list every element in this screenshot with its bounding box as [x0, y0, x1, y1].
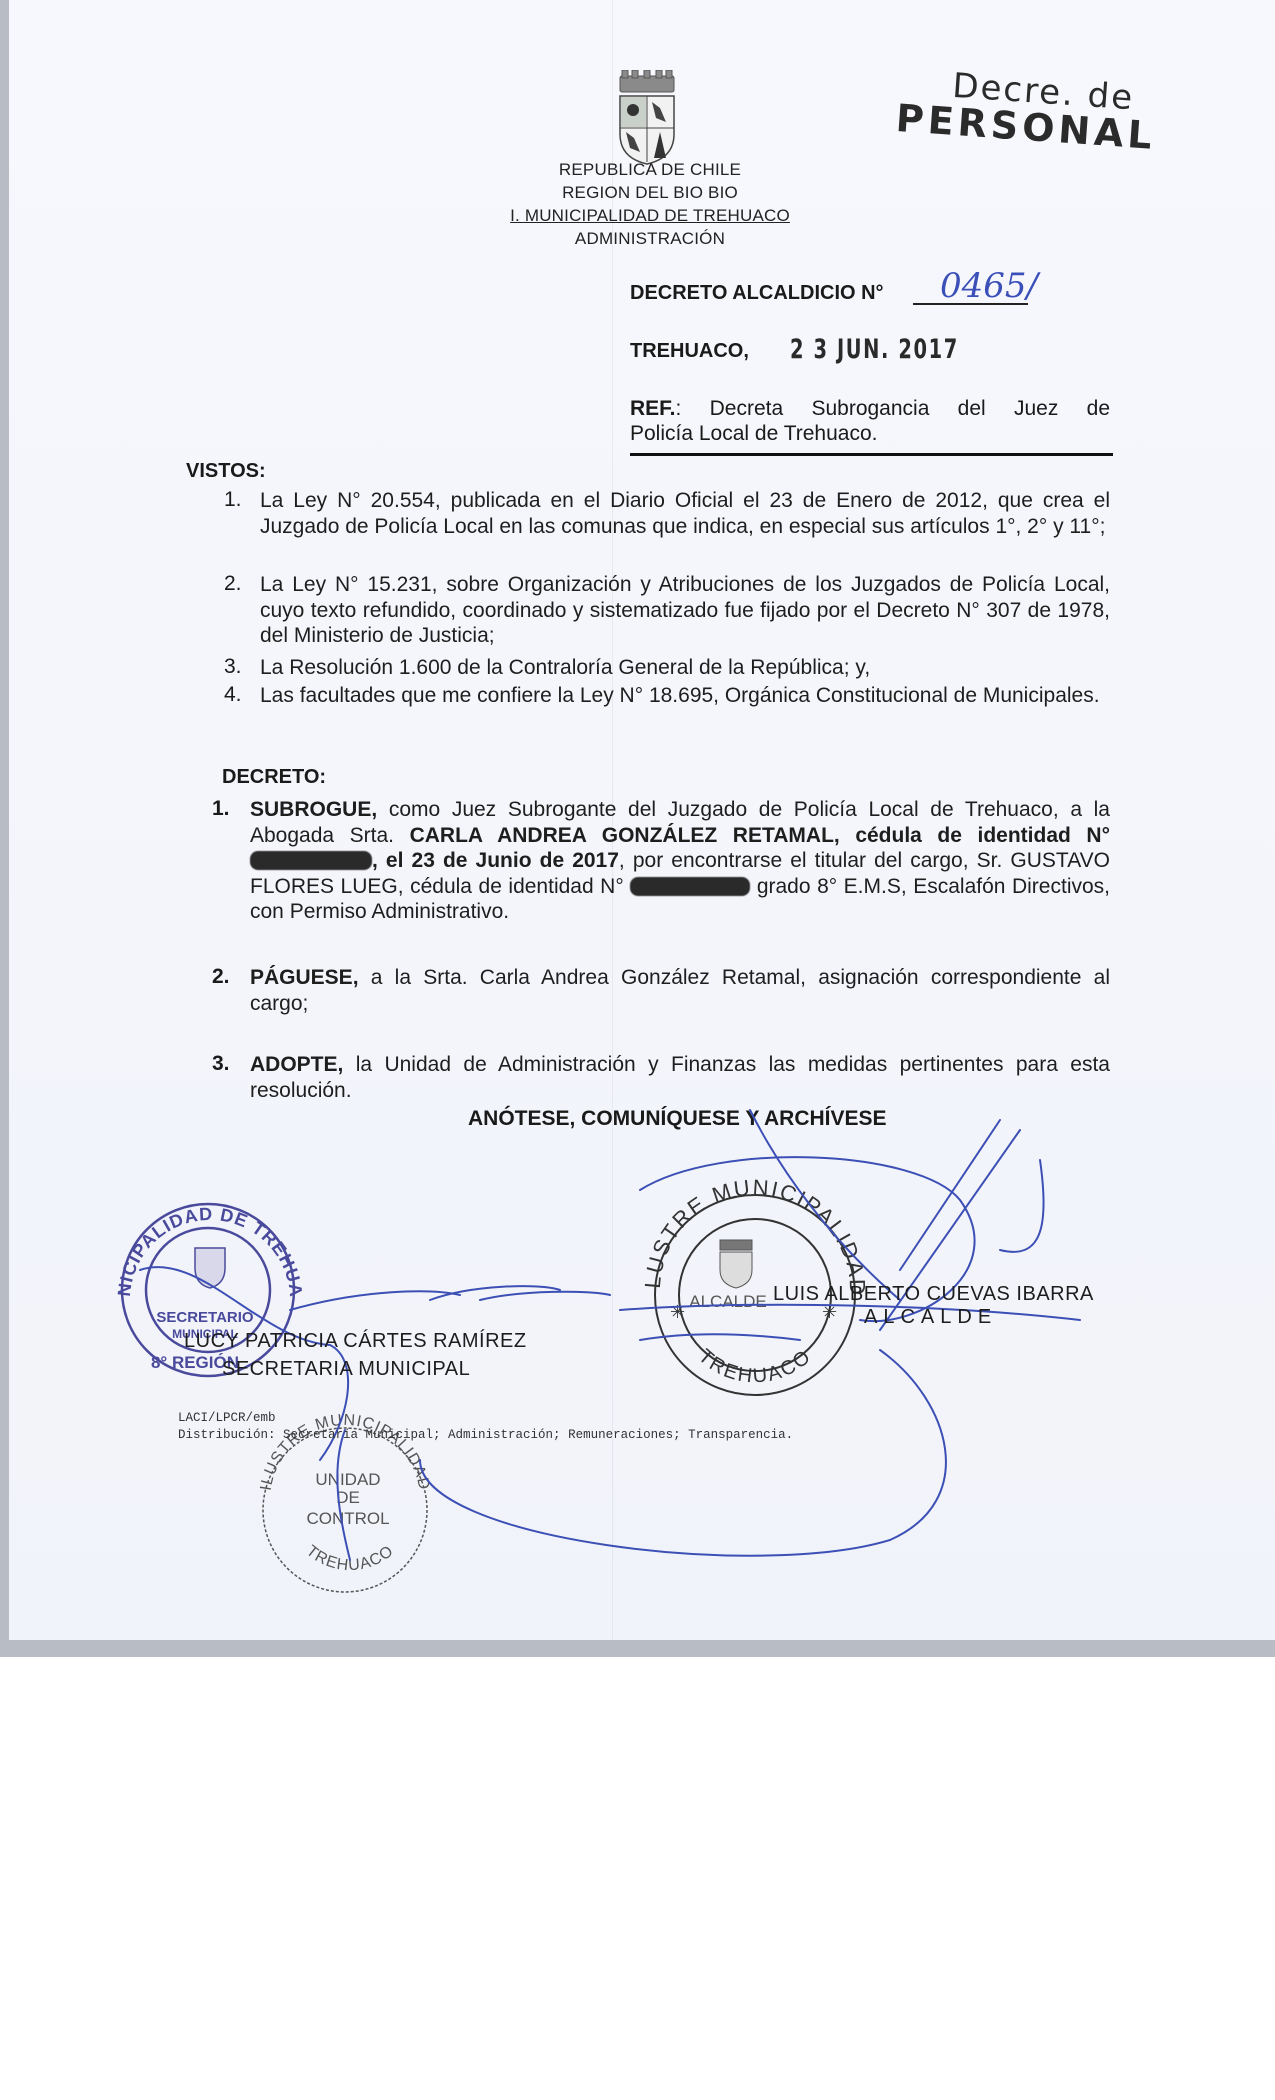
verb-adopte: ADOPTE, [250, 1053, 343, 1076]
vistos-title: VISTOS: [186, 460, 266, 483]
city-label: TREHUACO, [630, 340, 749, 363]
decreto-item-1: SUBROGUE, como Juez Subrogante del Juzga… [250, 797, 1110, 925]
vistos-item-number: 2. [224, 572, 242, 596]
reference-underline [630, 453, 1113, 456]
footer-initials: LACI/LPCR/emb [178, 1411, 276, 1425]
footer-distribution: Distribución: Secretaría Municipal; Admi… [178, 1428, 793, 1442]
mayor-title: ALCALDE [864, 1306, 997, 1329]
secretary-title: SECRETARIA MUNICIPAL [222, 1358, 470, 1381]
item1-date: , el 23 de Junio de 2017 [372, 849, 619, 872]
mayor-name: LUIS ALBERTO CUEVAS IBARRA [773, 1283, 1094, 1306]
decreto-title: DECRETO: [222, 766, 326, 789]
vistos-item-number: 1. [224, 488, 242, 512]
header-municipality: I. MUNICIPALIDAD DE TREHUACO [480, 206, 820, 226]
ref-label: REF. [630, 397, 676, 420]
ref-text-1: : Decreta Subrogancia del Juez de [676, 397, 1110, 420]
item3-text: la Unidad de Administración y Finanzas l… [250, 1053, 1110, 1102]
verb-paguese: PÁGUESE, [250, 966, 359, 989]
decreto-item-number: 3. [212, 1052, 230, 1076]
date-stamp: 2 3 JUN. 2017 [790, 334, 959, 365]
decreto-item-2: PÁGUESE, a la Srta. Carla Andrea Gonzále… [250, 965, 1110, 1016]
item2-text: a la Srta. Carla Andrea González Retamal… [250, 966, 1110, 1015]
decreto-item-number: 1. [212, 797, 230, 821]
vistos-item-2: La Ley N° 15.231, sobre Organización y A… [260, 572, 1110, 649]
vistos-item-number: 3. [224, 655, 242, 679]
coat-of-arms-icon [612, 70, 682, 166]
header-region: REGION DEL BIO BIO [480, 183, 820, 203]
vistos-item-4: Las facultades que me confiere la Ley N°… [260, 683, 1110, 709]
closing-formula: ANÓTESE, COMUNÍQUESE Y ARCHÍVESE [468, 1107, 887, 1131]
vistos-item-3: La Resolución 1.600 de la Contraloría Ge… [260, 655, 1110, 681]
header-department: ADMINISTRACIÓN [480, 229, 820, 249]
redacted-id-1 [250, 851, 372, 870]
header-country: REPUBLICA DE CHILE [480, 160, 820, 180]
decree-number-label: DECRETO ALCALDICIO N° [630, 282, 884, 305]
verb-subrogue: SUBROGUE, [250, 798, 377, 821]
reference-line-2: Policía Local de Trehuaco. [630, 422, 878, 446]
reference-line-1: REF.: Decreta Subrogancia del Juez de [630, 396, 1110, 422]
item1-name: CARLA ANDREA GONZÁLEZ RETAMAL, cédula de… [410, 824, 1110, 847]
secretary-name: LUCY PATRICIA CÁRTES RAMÍREZ [184, 1330, 527, 1353]
decreto-item-number: 2. [212, 965, 230, 989]
redacted-id-2 [630, 877, 750, 896]
vistos-item-1: La Ley N° 20.554, publicada en el Diario… [260, 488, 1110, 539]
decree-number-handwritten: 0465/ [940, 266, 1038, 306]
decreto-item-3: ADOPTE, la Unidad de Administración y Fi… [250, 1052, 1110, 1103]
vistos-item-number: 4. [224, 683, 242, 707]
